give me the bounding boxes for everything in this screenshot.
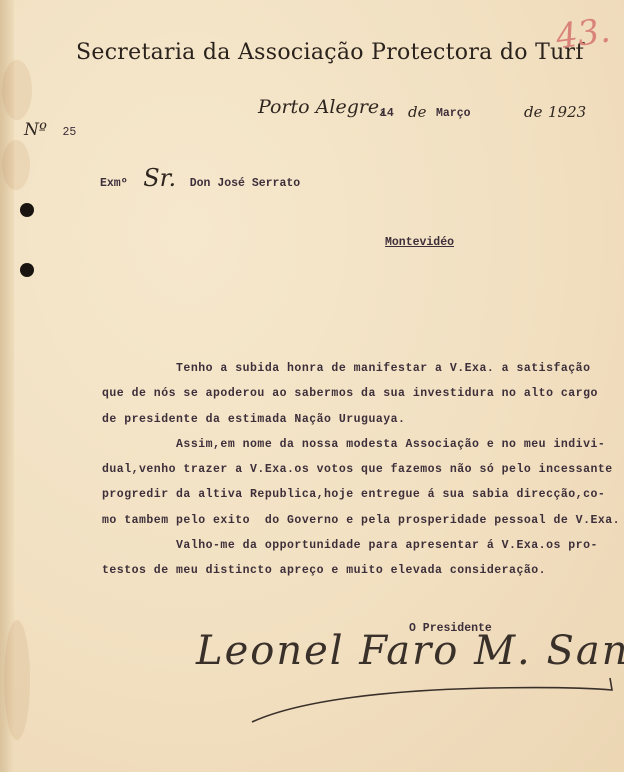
date-de-1: de <box>408 103 426 121</box>
letterhead-title: Secretaria da Associação Protectora do T… <box>76 40 584 65</box>
salutation: Exmº Sr. Don José Serrato <box>100 164 300 192</box>
recipient-city: Montevidéo <box>385 236 454 249</box>
punch-hole <box>20 263 34 277</box>
body-line: mo tambem pelo exito do Governo e pela p… <box>102 508 612 533</box>
body-line: que de nós se apoderou ao sabermos da su… <box>102 381 612 406</box>
honorific: Exmº <box>100 177 128 190</box>
body-line: progredir da altiva Republica,hoje entre… <box>102 482 612 507</box>
paper-stain <box>2 140 30 190</box>
place-name: Porto Alegre, <box>258 96 385 118</box>
body-line: testos de meu distincto apreço e muito e… <box>102 558 612 583</box>
body-line: de presidente da estimada Nação Uruguaya… <box>102 407 612 432</box>
body-line: Valho-me da opportunidade para apresenta… <box>102 533 612 558</box>
body-line: Assim,em nome da nossa modesta Associaçã… <box>102 432 612 457</box>
date-month: Março <box>436 107 471 120</box>
body-line: Tenho a subida honra de manifestar a V.E… <box>102 356 612 381</box>
paper-stain <box>4 620 30 740</box>
title-script: Sr. <box>143 164 176 192</box>
punch-hole <box>20 203 34 217</box>
letter-page: Secretaria da Associação Protectora do T… <box>0 0 624 772</box>
document-number: Nº 25 <box>24 120 76 140</box>
signature: Leonel Faro M. Santos <box>196 628 624 674</box>
signature-flourish-icon <box>240 670 620 730</box>
recipient-name: Don José Serrato <box>190 177 300 190</box>
body-line: dual,venho trazer a V.Exa.os votos que f… <box>102 457 612 482</box>
date-day: 14 <box>380 107 394 120</box>
letter-body: Tenho a subida honra de manifestar a V.E… <box>102 356 612 584</box>
date-de-2: de <box>524 103 542 121</box>
paper-stain <box>2 60 32 120</box>
folio-number: 43. <box>553 10 612 57</box>
numero-label: Nº <box>24 120 47 140</box>
date-year: 1923 <box>548 103 586 121</box>
numero-value: 25 <box>62 126 76 139</box>
